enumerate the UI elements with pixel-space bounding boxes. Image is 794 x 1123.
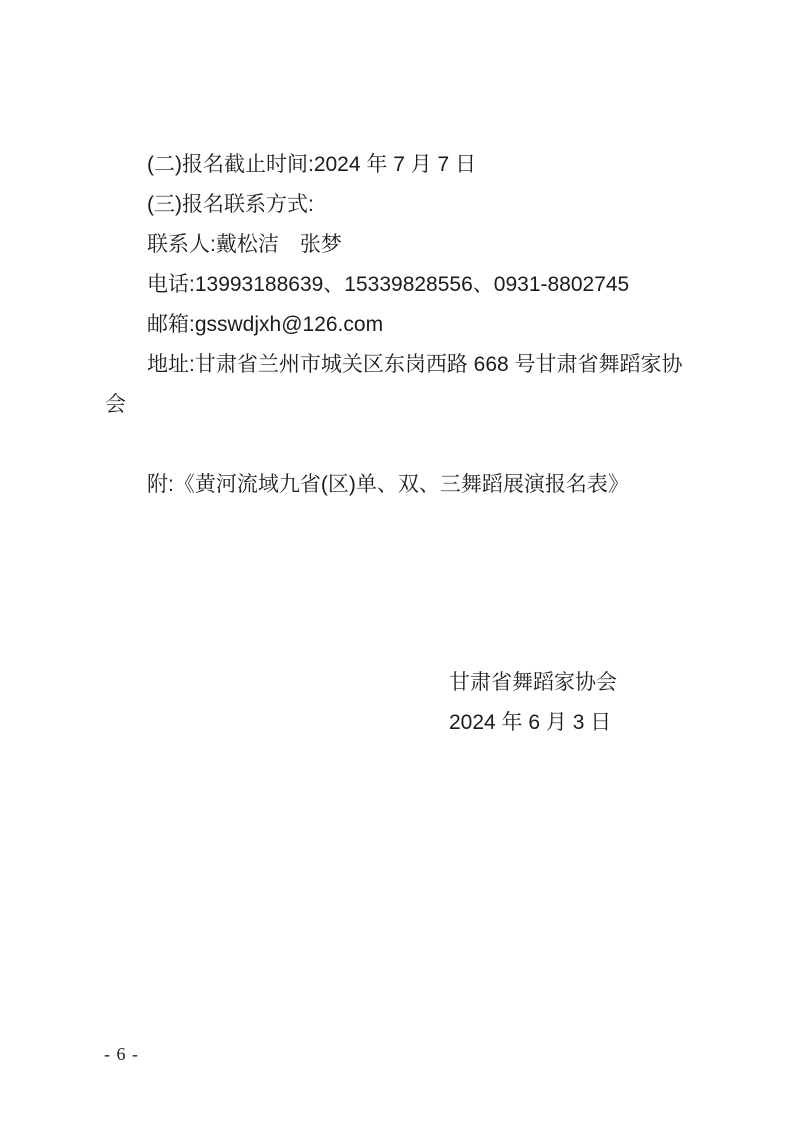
signature-block: 甘肃省舞蹈家协会 2024 年 6 月 3 日 [449, 663, 617, 743]
paragraph-contact-person: 联系人:戴松洁 张梦 [105, 225, 697, 265]
signature-date: 2024 年 6 月 3 日 [449, 703, 617, 743]
paragraph-deadline: (二)报名截止时间:2024 年 7 月 7 日 [105, 145, 697, 185]
paragraph-email: 邮箱:gsswdjxh@126.com [105, 305, 697, 345]
page-number: - 6 - [104, 1044, 139, 1065]
paragraph-attachment: 附:《黄河流域九省(区)单、双、三舞蹈展演报名表》 [105, 465, 697, 505]
paragraph-address: 地址:甘肃省兰州市城关区东岗西路 668 号甘肃省舞蹈家协会 [105, 345, 697, 425]
document-body: (二)报名截止时间:2024 年 7 月 7 日 (三)报名联系方式: 联系人:… [105, 145, 697, 505]
paragraph-contact-heading: (三)报名联系方式: [105, 185, 697, 225]
paragraph-phone: 电话:13993188639、15339828556、0931-8802745 [105, 265, 697, 305]
document-page: (二)报名截止时间:2024 年 7 月 7 日 (三)报名联系方式: 联系人:… [0, 0, 794, 1123]
signature-organization: 甘肃省舞蹈家协会 [449, 663, 617, 703]
